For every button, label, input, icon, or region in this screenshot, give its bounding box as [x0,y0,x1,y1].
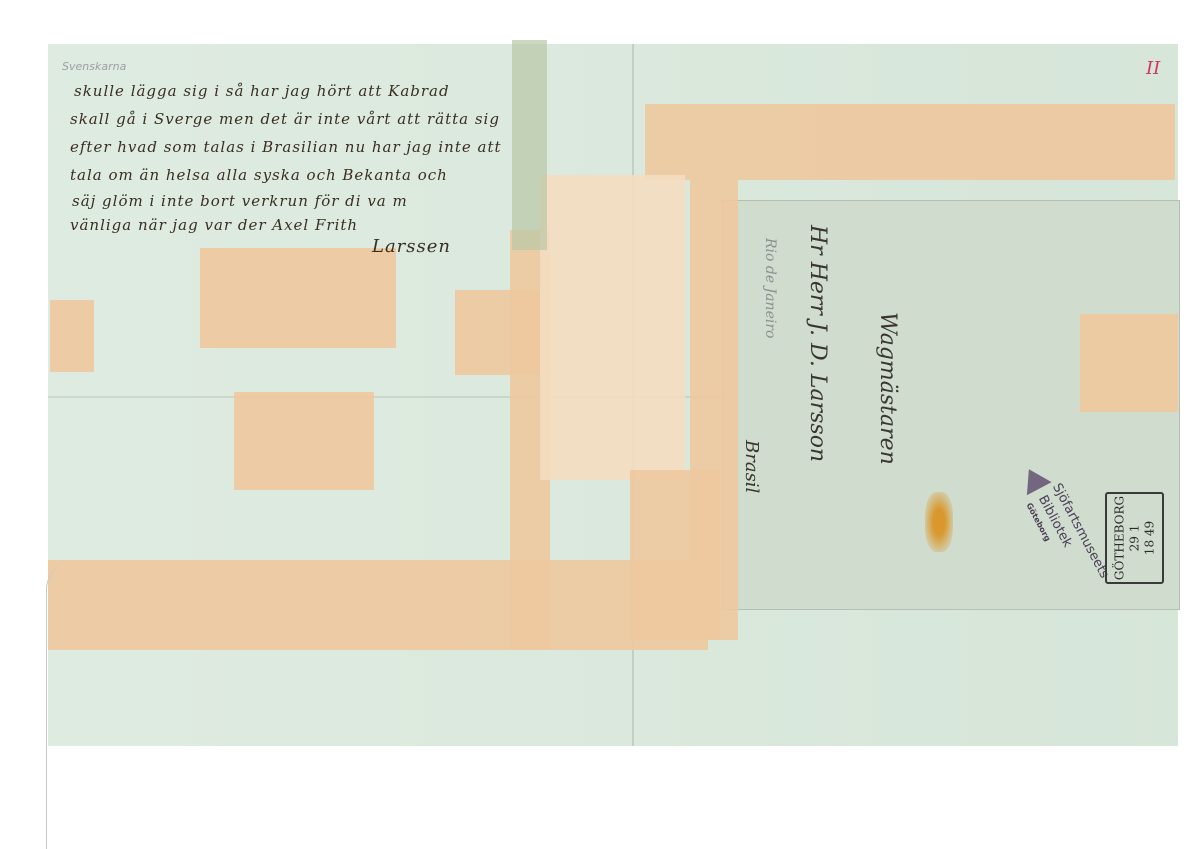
paper-slip [540,175,685,480]
tape-strip-green [512,40,547,250]
tape-strip-bottom [48,560,708,650]
postmark-city: GÖTHEBORG [1112,496,1127,580]
postmark: GÖTHEBORG 29 1 18 49 [1105,492,1164,584]
page-marker: II [1146,58,1160,79]
tape-strip-top-right [645,104,1175,180]
tape-patch-right [1080,314,1178,412]
envelope-line-1: Wagmästaren [875,312,900,465]
tape-patch-low [630,470,720,640]
letter-line-4: tala om än helsa alla syska och Bekanta … [70,166,448,184]
envelope-faint-note: Rio de Janeiro [762,238,778,338]
envelope-line-3: Brasil [741,440,762,493]
postmark-year: 18 49 [1142,496,1157,580]
tape-patch-2 [234,392,374,490]
letter-line-6: vänliga när jag var der Axel Frith [70,216,358,234]
envelope-line-2: Hr Herr J. D. Larsson [805,225,830,462]
letter-line-5: säj glöm i inte bort verkrun för di va m [72,192,408,210]
letter-line-3: efter hvad som talas i Brasilian nu har … [70,138,502,156]
tape-patch-left [50,300,94,372]
rust-stain [925,492,953,552]
postmark-date: 29 1 [1127,496,1142,580]
letter-line-1: skulle lägga sig i så har jag hört att K… [74,82,450,100]
scan-edge-thread [46,560,77,849]
signature: Larssen [372,236,451,257]
letter-line-2: skall gå i Sverge men det är inte vårt a… [70,110,500,128]
pencil-note: Svenskarna [62,60,126,73]
tape-patch-1 [200,248,396,348]
